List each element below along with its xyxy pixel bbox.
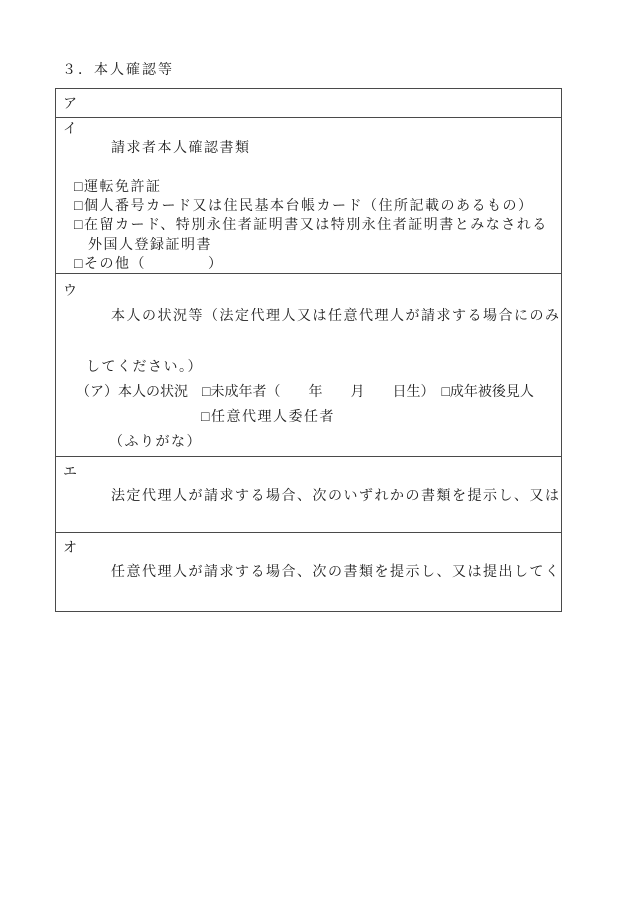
voluntary-rep-heading-cont: い。 — [56, 609, 561, 611]
row-label-o: オ — [63, 537, 77, 561]
voluntary-rep-heading: 任意代理人が請求する場合、次の書類を提示し、又は提出してくださ — [111, 565, 561, 580]
table-row-requester-type: ア開示請求者 □本人 □法定代理人 □任意代理人 — [56, 89, 561, 117]
table-row-legal-representative: エ法定代理人が請求する場合、次のいずれかの書類を提示し、又は提出 してください。… — [56, 456, 561, 532]
identity-docs-heading: 請求者本人確認書類 — [111, 141, 251, 156]
requester-type-line: ア開示請求者 □本人 □法定代理人 □任意代理人 — [56, 94, 561, 117]
row-label-u: ウ — [63, 279, 77, 304]
principal-status-heading-cont: してください。） — [56, 355, 561, 380]
table-row-identity-documents: イ請求者本人確認書類 □運転免許証 □個人番号カード又は住民基本台帳カード（住所… — [56, 117, 561, 273]
checkbox-drivers-license: □運転免許証 — [56, 178, 561, 197]
principal-status-options: （ア）本人の状況 □未成年者（ 年 月 日生） □成年被後見人 — [56, 380, 561, 405]
row-label-e: エ — [63, 461, 77, 485]
principal-status-heading-line: ウ本人の状況等（法定代理人又は任意代理人が請求する場合にのみ記載 — [56, 279, 561, 355]
row-label-i: イ — [63, 120, 77, 139]
identity-verification-table: ア開示請求者 □本人 □法定代理人 □任意代理人 イ請求者本人確認書類 □運転免… — [55, 88, 562, 612]
table-row-voluntary-representative: オ任意代理人が請求する場合、次の書類を提示し、又は提出してくださ い。 請求資格… — [56, 532, 561, 611]
checkbox-voluntary-delegator: □任意代理人委任者 — [56, 405, 561, 430]
checkbox-number-card: □個人番号カード又は住民基本台帳カード（住所記載のあるもの） — [56, 197, 561, 216]
page-title: ３．本人確認等 — [62, 59, 174, 79]
legal-rep-heading-line: エ法定代理人が請求する場合、次のいずれかの書類を提示し、又は提出 — [56, 461, 561, 532]
identity-docs-heading-line: イ請求者本人確認書類 — [56, 120, 561, 178]
checkbox-residence-card-cont: 外国人登録証明書 — [56, 236, 561, 255]
legal-rep-heading: 法定代理人が請求する場合、次のいずれかの書類を提示し、又は提出 — [111, 489, 561, 504]
principal-status-heading: 本人の状況等（法定代理人又は任意代理人が請求する場合にのみ記載 — [111, 309, 561, 324]
row-label-a: ア — [63, 94, 77, 116]
furigana-label: （ふりがな） — [56, 430, 561, 455]
checkbox-residence-card: □在留カード、特別永住者証明書又は特別永住者証明書とみなされる — [56, 216, 561, 235]
checkbox-other-docs: □その他（ ） — [56, 255, 561, 273]
voluntary-rep-heading-line: オ任意代理人が請求する場合、次の書類を提示し、又は提出してくださ — [56, 537, 561, 609]
table-row-principal-status: ウ本人の状況等（法定代理人又は任意代理人が請求する場合にのみ記載 してください。… — [56, 273, 561, 456]
